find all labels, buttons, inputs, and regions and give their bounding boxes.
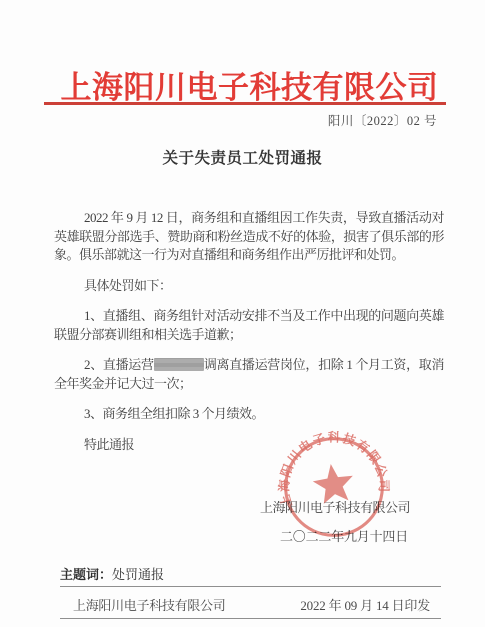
- document-body: 2022 年 9 月 12 日，商务组和直播组因工作失责，导致直播活动对英雄联盟…: [54, 209, 444, 466]
- footer-rule-top: [60, 586, 441, 587]
- footer-print-date: 2022 年 09 月 14 日印发: [300, 595, 430, 614]
- punishment-item-2-before-redaction: 2、直播运营: [84, 357, 154, 372]
- letterhead-rule: [44, 102, 446, 105]
- document-number: 阳川〔2022〕02 号: [328, 111, 437, 129]
- signature-date: 二〇二二年九月十四日: [280, 526, 408, 545]
- footer-keywords: 主题词：处罚通报: [60, 564, 164, 583]
- letterhead-company-name: 上海阳川电子科技有限公司: [0, 62, 485, 107]
- document-title: 关于失责员工处罚通报: [0, 146, 485, 168]
- punishment-item-2: 2、直播运营调离直播运营岗位，扣除 1 个月工资，取消全年奖金并记大过一次；: [54, 356, 444, 393]
- body-paragraph-intro: 2022 年 9 月 12 日，商务组和直播组因工作失责，导致直播活动对英雄联盟…: [54, 209, 444, 265]
- redacted-name-block: [154, 358, 204, 371]
- body-closing: 特此通报: [54, 436, 444, 455]
- punishment-item-3: 3、商务组全组扣除 3 个月绩效。: [54, 405, 444, 424]
- body-paragraph-lead-in: 具体处罚如下：: [54, 277, 444, 296]
- keywords-value: 处罚通报: [112, 567, 164, 582]
- footer-rule-bottom: [60, 618, 441, 619]
- signature-company-name: 上海阳川电子科技有限公司: [260, 497, 410, 516]
- document-page: 上海阳川电子科技有限公司 阳川〔2022〕02 号 关于失责员工处罚通报 202…: [0, 0, 485, 627]
- punishment-item-1: 1、直播组、商务组针对活动安排不当及工作中出现的问题向英雄联盟分部赛训组和相关选…: [54, 307, 444, 344]
- keywords-label: 主题词：: [60, 567, 112, 582]
- footer-issuer: 上海阳川电子科技有限公司: [73, 595, 225, 614]
